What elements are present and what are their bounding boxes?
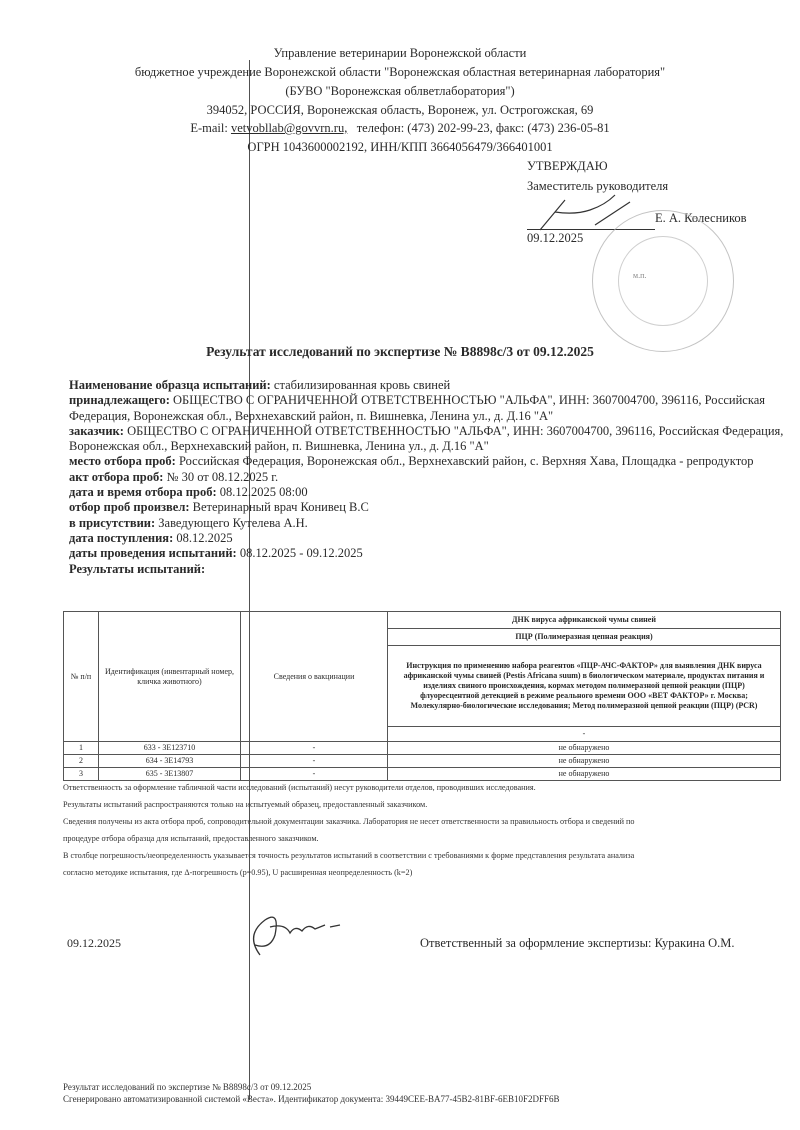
customer-field: заказчик: ОБЩЕСТВО С ОГРАНИЧЕННОЙ ОТВЕТС… [69,424,789,455]
official-stamp-icon: м.п. [592,210,734,352]
owner-field: принадлежащего: ОБЩЕСТВО С ОГРАНИЧЕННОЙ … [69,393,789,424]
col-header-vaccination: Сведения о вакцинации [241,612,388,742]
responsible-person: Ответственный за оформление экспертизы: … [420,936,735,951]
responsible-signature-icon [240,905,350,965]
org-registration: ОГРН 1043600002192, ИНН/КПП 3664056479/3… [0,139,800,155]
info-block: Наименование образца испытаний: стабилиз… [69,378,789,577]
uncertainty-cell: - [388,727,781,742]
sampling-place-field: место отбора проб: Российская Федерация,… [69,454,789,469]
notes-block: Ответственность за оформление табличной … [63,779,793,881]
org-contacts: E-mail: vetvobllab@govvrn.ru, телефон: (… [0,120,800,136]
approval-title: УТВЕРЖДАЮ [527,158,608,174]
received-date-field: дата поступления: 08.12.2025 [69,531,789,546]
method-description: Инструкция по применению набора реагенто… [388,646,781,727]
sample-field: Наименование образца испытаний: стабилиз… [69,378,789,393]
sampler-field: отбор проб произвел: Ветеринарный врач К… [69,500,789,515]
group-header-asf-dna: ДНК вируса африканской чумы свиней [388,612,781,629]
note-source: Сведения получены из акта отбора проб, с… [63,813,793,830]
table-row: 2 634 - 3E14793 - не обнаружено [64,755,781,768]
test-dates-field: даты проведения испытаний: 08.12.2025 - … [69,546,789,561]
signature-date: 09.12.2025 [67,936,121,951]
footer-doc-ref: Результат исследований по экспертизе № В… [63,1082,311,1093]
col-header-num: № п/п [64,612,99,742]
phone-fax: телефон: (473) 202-99-23, факс: (473) 23… [357,121,610,135]
document-title: Результат исследований по экспертизе № В… [0,344,800,360]
method-header-pcr: ПЦР (Полимеразная цепная реакция) [388,629,781,646]
table-row: 1 633 - 3E123710 - не обнаружено [64,742,781,755]
note-uncertainty: В столбце погрешность/неопределенность у… [63,847,793,864]
note-uncertainty-cont: согласно методике испытания, где Δ-погре… [63,864,793,881]
org-name: бюджетное учреждение Воронежской области… [0,64,800,80]
col-header-id: Идентификация (инвентарный номер, кличка… [99,612,241,742]
results-table: № п/п Идентификация (инвентарный номер, … [63,611,781,781]
results-heading: Результаты испытаний: [69,562,789,577]
note-source-cont: процедуре отбора образца для испытаний, … [63,830,793,847]
email-label: E-mail: [190,121,228,135]
note-scope: Результаты испытаний распространяются то… [63,796,793,813]
sampling-datetime-field: дата и время отбора проб: 08.12.2025 08:… [69,485,789,500]
sampling-act-field: акт отбора проб: № 30 от 08.12.2025 г. [69,470,789,485]
org-short-name: (БУВО "Воронежская облветлаборатория") [0,83,800,99]
note-responsibility: Ответственность за оформление табличной … [63,779,793,796]
presence-field: в присутствии: Заведующего Кутелева А.Н. [69,516,789,531]
org-address: 394052, РОССИЯ, Воронежская область, Вор… [0,102,800,118]
org-parent: Управление ветеринарии Воронежской облас… [0,45,800,61]
email-link[interactable]: vetvobllab@govvrn.ru, [231,121,347,135]
footer-generated: Сгенерировано автоматизированной системо… [63,1094,560,1105]
approval-date: 09.12.2025 [527,230,583,246]
